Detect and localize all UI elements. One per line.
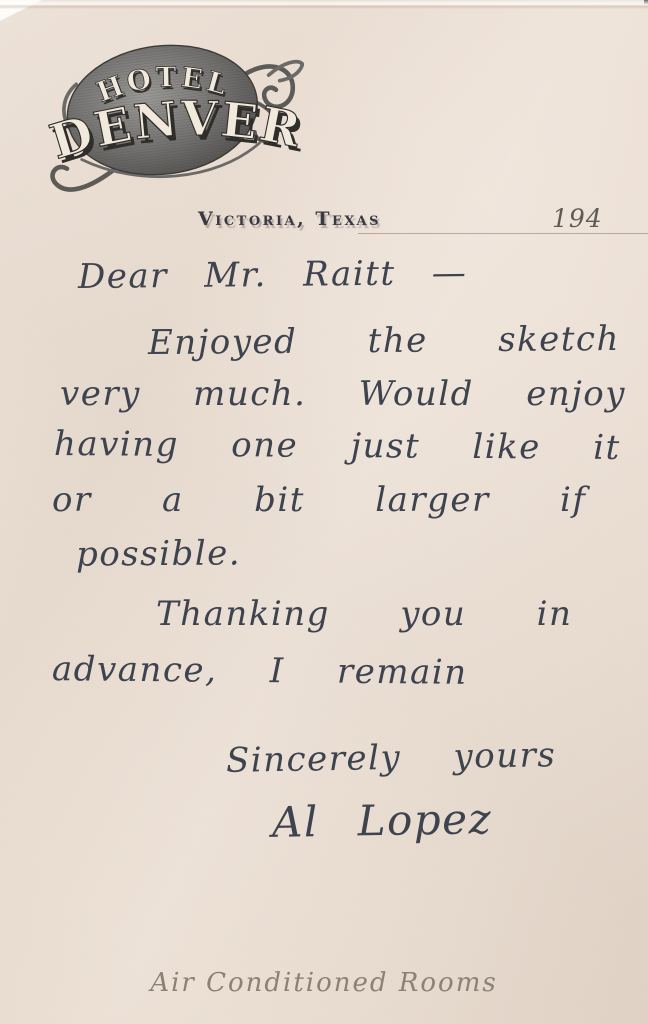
salutation: Dear Mr. Raitt — <box>78 256 468 294</box>
handwriting-line: Enjoyed the sketch <box>148 322 620 360</box>
handwriting-line: having one just like it <box>54 427 621 465</box>
handwriting-line: possible. <box>76 536 241 571</box>
handwriting-line: or a bit larger if <box>52 483 587 517</box>
printed-year: 194 <box>552 204 603 233</box>
paper-corner-speck <box>644 0 648 4</box>
fold-crease-bottom <box>0 0 648 9</box>
hotel-denver-logo: HOTEL HOTEL DENVER DENVER <box>28 22 304 198</box>
signature: Al Lopez <box>272 798 493 844</box>
footer-slogan: Air Conditioned Rooms <box>0 968 648 998</box>
letter-paper: HOTEL HOTEL DENVER DENVER Victoria, Texa… <box>0 0 648 1024</box>
handwriting-line: very much. Would enjoy <box>60 377 626 411</box>
fold-crease-top <box>0 0 648 9</box>
city-state-line: Victoria, Texas <box>198 208 381 230</box>
handwriting-line: Thanking you in <box>156 597 572 631</box>
date-rule-line <box>358 233 648 234</box>
photo-background-corner <box>0 0 42 21</box>
closing-line: Sincerely yours <box>226 738 557 778</box>
handwriting-line: advance, I remain <box>52 652 468 690</box>
